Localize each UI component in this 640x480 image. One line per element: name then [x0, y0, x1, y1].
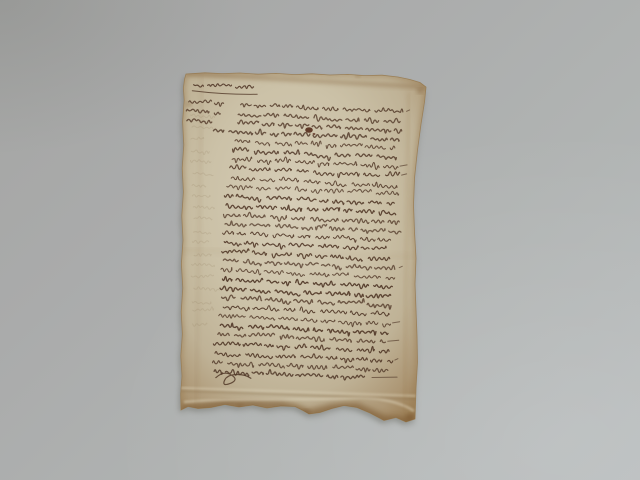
age-spot	[406, 414, 414, 420]
ink-blot	[305, 127, 313, 133]
manuscript-photo	[0, 0, 640, 480]
age-spot	[417, 89, 423, 94]
photo-backdrop	[0, 0, 640, 480]
ink-blot-satellite	[313, 133, 316, 135]
